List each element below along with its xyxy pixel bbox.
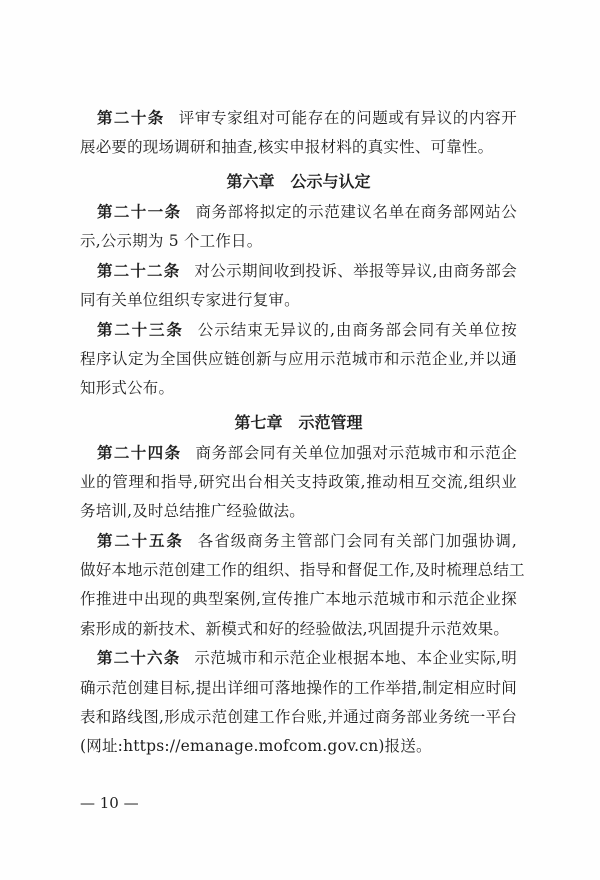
article-26-line-1: 第二十六条示范城市和示范企业根据本地、本企业实际,明 [97,647,517,669]
chapter-heading-6: 第六章公示与认定 [80,171,517,193]
article-label: 第二十三条 [97,321,184,339]
article-24-line-3: 务培训,及时总结推广经验做法。 [80,500,517,522]
article-25-line-2: 做好本地示范创建工作的组织、指导和督促工作,及时梳理总结工 [80,559,517,581]
article-label: 第二十一条 [97,203,181,221]
article-26-line-4: (网址:https://emanage.mofcom.gov.cn)报送。 [80,735,517,757]
article-label: 第二十四条 [97,444,181,462]
article-24-line-1: 第二十四条商务部会同有关单位加强对示范城市和示范企 [97,442,517,464]
page-number: — 10 — [80,792,139,814]
article-25-line-3: 作推进中出现的典型案例,宣传推广本地示范城市和示范企业探 [80,588,517,610]
article-21-line-2: 示,公示期为 5 个工作日。 [80,230,517,252]
article-22-line-1: 第二十二条对公示期间收到投诉、举报等异议,由商务部会 [97,260,517,282]
document-page: 第二十条评审专家组对可能存在的问题或有异议的内容开 展必要的现场调研和抽查,核实… [0,0,600,880]
article-20-line-1: 第二十条评审专家组对可能存在的问题或有异议的内容开 [97,107,517,129]
article-label: 第二十二条 [97,262,180,280]
article-25-line-4: 索形成的新技术、新模式和好的经验做法,巩固提升示范效果。 [80,618,517,640]
article-24-line-2: 业的管理和指导,研究出台相关支持政策,推动相互交流,组织业 [80,471,517,493]
article-26-line-2: 确示范创建目标,提出详细可落地操作的工作举措,制定相应时间 [80,677,517,699]
article-21-line-1: 第二十一条商务部将拟定的示范建议名单在商务部网站公 [97,201,517,223]
article-23-line-1: 第二十三条公示结束无异议的,由商务部会同有关单位按 [97,319,517,341]
article-25-line-1: 第二十五条各省级商务主管部门会同有关部门加强协调, [97,530,517,552]
article-26-line-3: 表和路线图,形成示范创建工作台账,并通过商务部业务统一平台 [80,706,517,728]
article-22-line-2: 同有关单位组织专家进行复审。 [80,289,517,311]
article-20-line-2: 展必要的现场调研和抽查,核实申报材料的真实性、可靠性。 [80,136,517,158]
article-label: 第二十五条 [97,532,184,550]
article-label: 第二十条 [97,109,165,127]
chapter-heading-7: 第七章示范管理 [80,412,517,434]
article-23-line-3: 知形式公布。 [80,377,517,399]
article-23-line-2: 程序认定为全国供应链创新与应用示范城市和示范企业,并以通 [80,348,517,370]
article-label: 第二十六条 [97,649,180,667]
